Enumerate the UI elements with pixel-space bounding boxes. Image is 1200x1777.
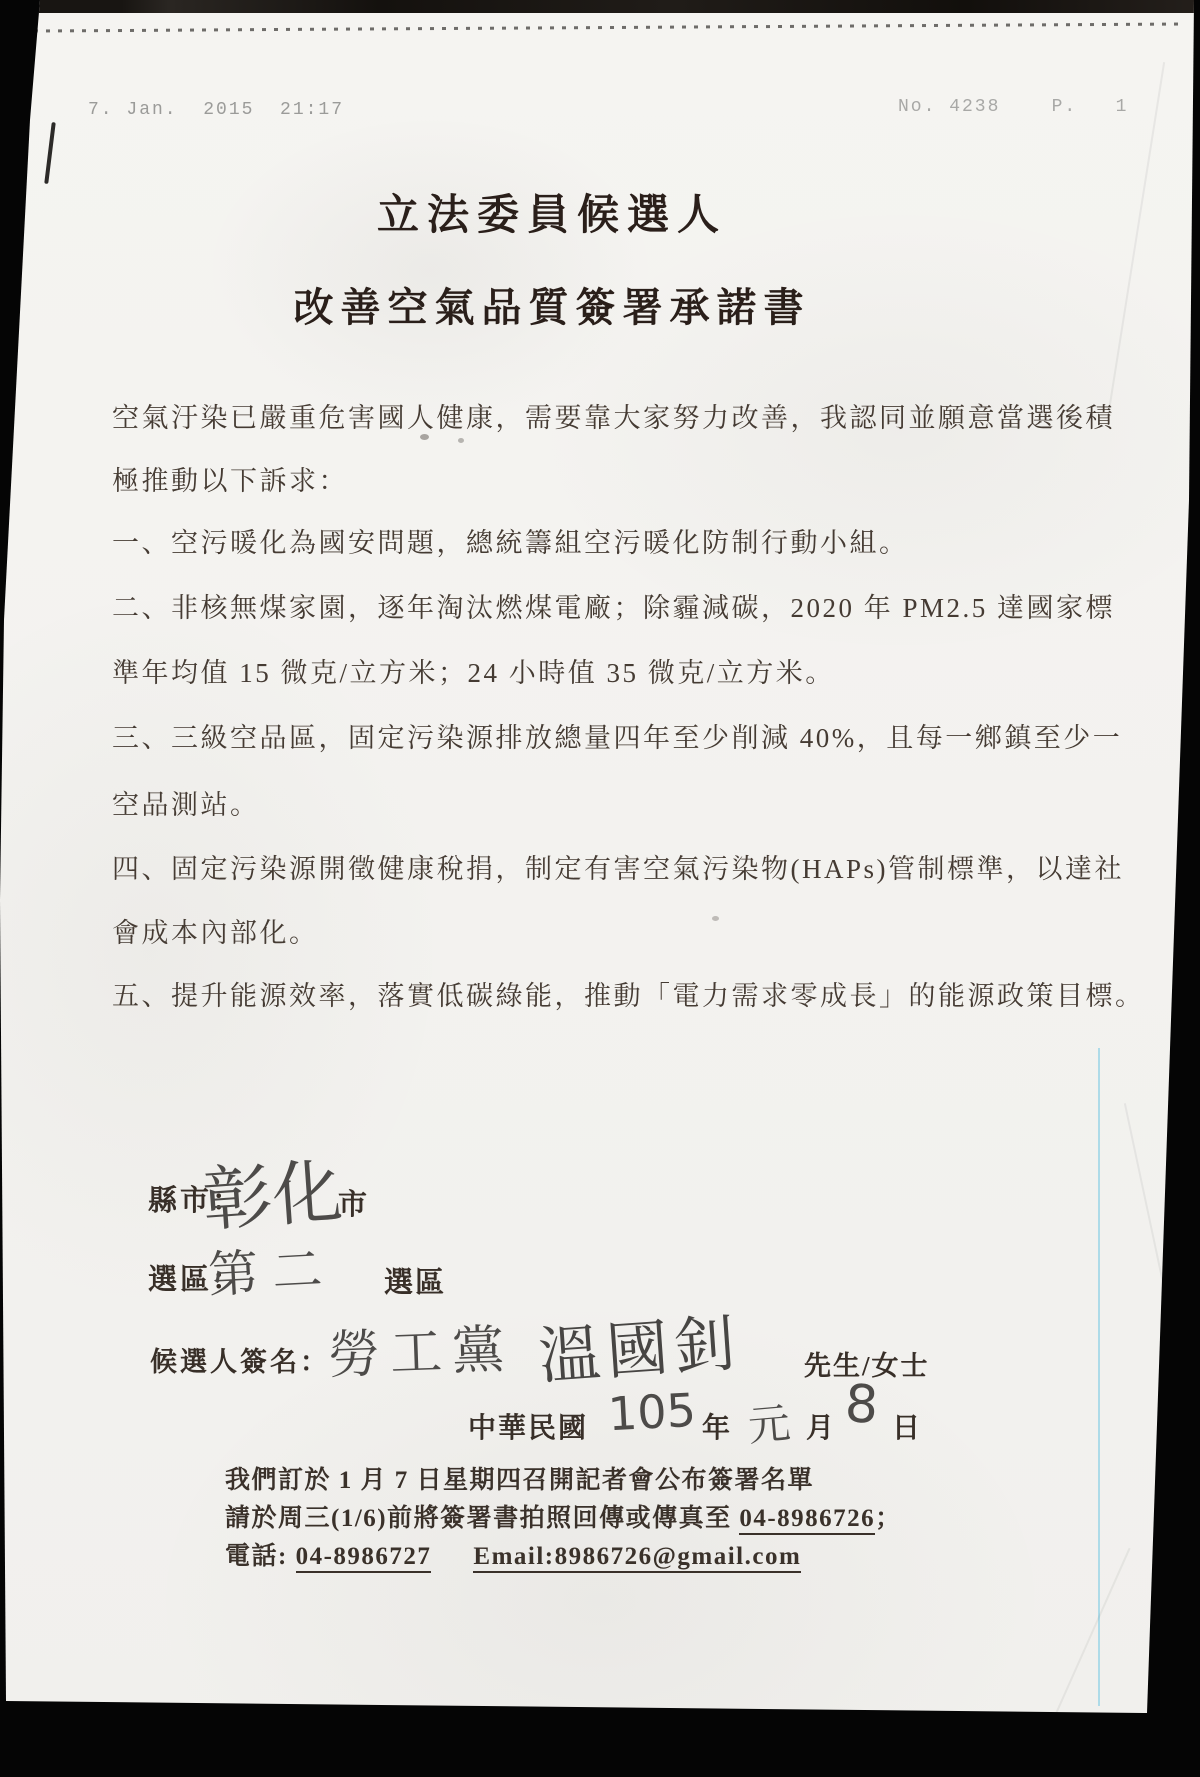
document-title-line1: 立法委員候選人 <box>0 182 1104 242</box>
date-day-handwritten: 8 <box>843 1374 879 1436</box>
signature-name-handwritten: 溫國釗 <box>535 1293 745 1396</box>
footer-line-1: 我們訂於 1 月 7 日星期四召開記者會公布簽署名單 <box>225 1460 814 1496</box>
demand-4-line-1: 四、固定污染源開徵健康稅捐，制定有害空氣污染物(HAPs)管制標準，以達社 <box>112 847 1124 886</box>
demand-2-line-2: 準年均值 15 微克/立方米；24 小時值 35 微克/立方米。 <box>112 651 835 690</box>
scan-speck <box>458 438 464 443</box>
date-year-unit: 年 <box>702 1406 732 1446</box>
date-year-handwritten: 105 <box>607 1383 698 1442</box>
county-suffix: 市 <box>338 1182 369 1223</box>
district-handwritten-value: 第二 <box>206 1229 338 1308</box>
date-day-unit: 日 <box>892 1406 922 1446</box>
scan-background: { "fax_header": { "timestamp": "7. Jan. … <box>0 0 1200 1777</box>
scan-speck <box>420 434 429 440</box>
signature-party-handwritten: 勞工黨 <box>327 1307 516 1388</box>
perforation-dotted-line <box>34 22 1184 32</box>
fax-timestamp: 7. Jan. 2015 21:17 <box>88 100 344 120</box>
footer-line-2: 請於周三(1/6)前將簽署書拍照回傳或傳真至 04-8986726； <box>225 1498 902 1534</box>
footer-line-2-text: 請於周三(1/6)前將簽署書拍照回傳或傳真至 <box>225 1505 739 1532</box>
district-suffix: 選區 <box>384 1260 446 1301</box>
footer-line-3: 電話: 04-8986727Email:8986726@gmail.com <box>225 1536 801 1572</box>
footer-fax-number: 04-8986726 <box>739 1505 875 1535</box>
intro-line-1: 空氣汙染已嚴重危害國人健康，需要靠大家努力改善，我認同並願意當選後積 <box>112 396 1115 435</box>
demand-5-line-1: 五、提升能源效率，落實低碳綠能，推動「電力需求零成長」的能源政策目標。 <box>112 974 1145 1013</box>
footer-email: Email:8986726@gmail.com <box>473 1543 801 1573</box>
document-title-line2: 改善空氣品質簽署承諾書 <box>0 276 1104 333</box>
footer-phone-label: 電話: <box>225 1543 296 1570</box>
demand-2-line-1: 二、非核無煤家園，逐年淘汰燃煤電廠；除霾減碳，2020 年 PM2.5 達國家標 <box>112 586 1115 625</box>
signature-field-label: 候選人簽名： <box>150 1340 330 1379</box>
demand-3-line-2: 空品測站。 <box>112 783 260 822</box>
document-page: 7. Jan. 2015 21:17 No. 4238 P. 1 立法委員候選人… <box>0 0 1200 1777</box>
demand-4-line-2: 會成本內部化。 <box>112 911 319 950</box>
paper-crease <box>1124 1103 1188 1397</box>
footer-line-2-punct: ； <box>875 1505 902 1532</box>
page-top-edge <box>28 0 1200 13</box>
demand-1-line-1: 一、空污暖化為國安問題，總統籌組空污暖化防制行動小組。 <box>112 521 909 560</box>
scan-speck <box>712 916 719 921</box>
date-era-prefix: 中華民國 <box>468 1406 588 1446</box>
pen-stroke-mark <box>44 122 56 184</box>
date-month-unit: 月 <box>806 1406 836 1446</box>
fax-page-number: No. 4238 P. 1 <box>898 97 1128 117</box>
intro-line-2: 極推動以下訴求： <box>112 459 348 498</box>
date-month-handwritten: 元 <box>745 1390 792 1453</box>
paper-crease <box>1051 1548 1130 1722</box>
demand-3-line-1: 三、三級空品區，固定污染源排放總量四年至少削減 40%，且每一鄉鎮至少一 <box>112 716 1122 755</box>
blue-margin-line <box>1098 1048 1100 1706</box>
footer-phone-number: 04-8986727 <box>296 1543 432 1573</box>
